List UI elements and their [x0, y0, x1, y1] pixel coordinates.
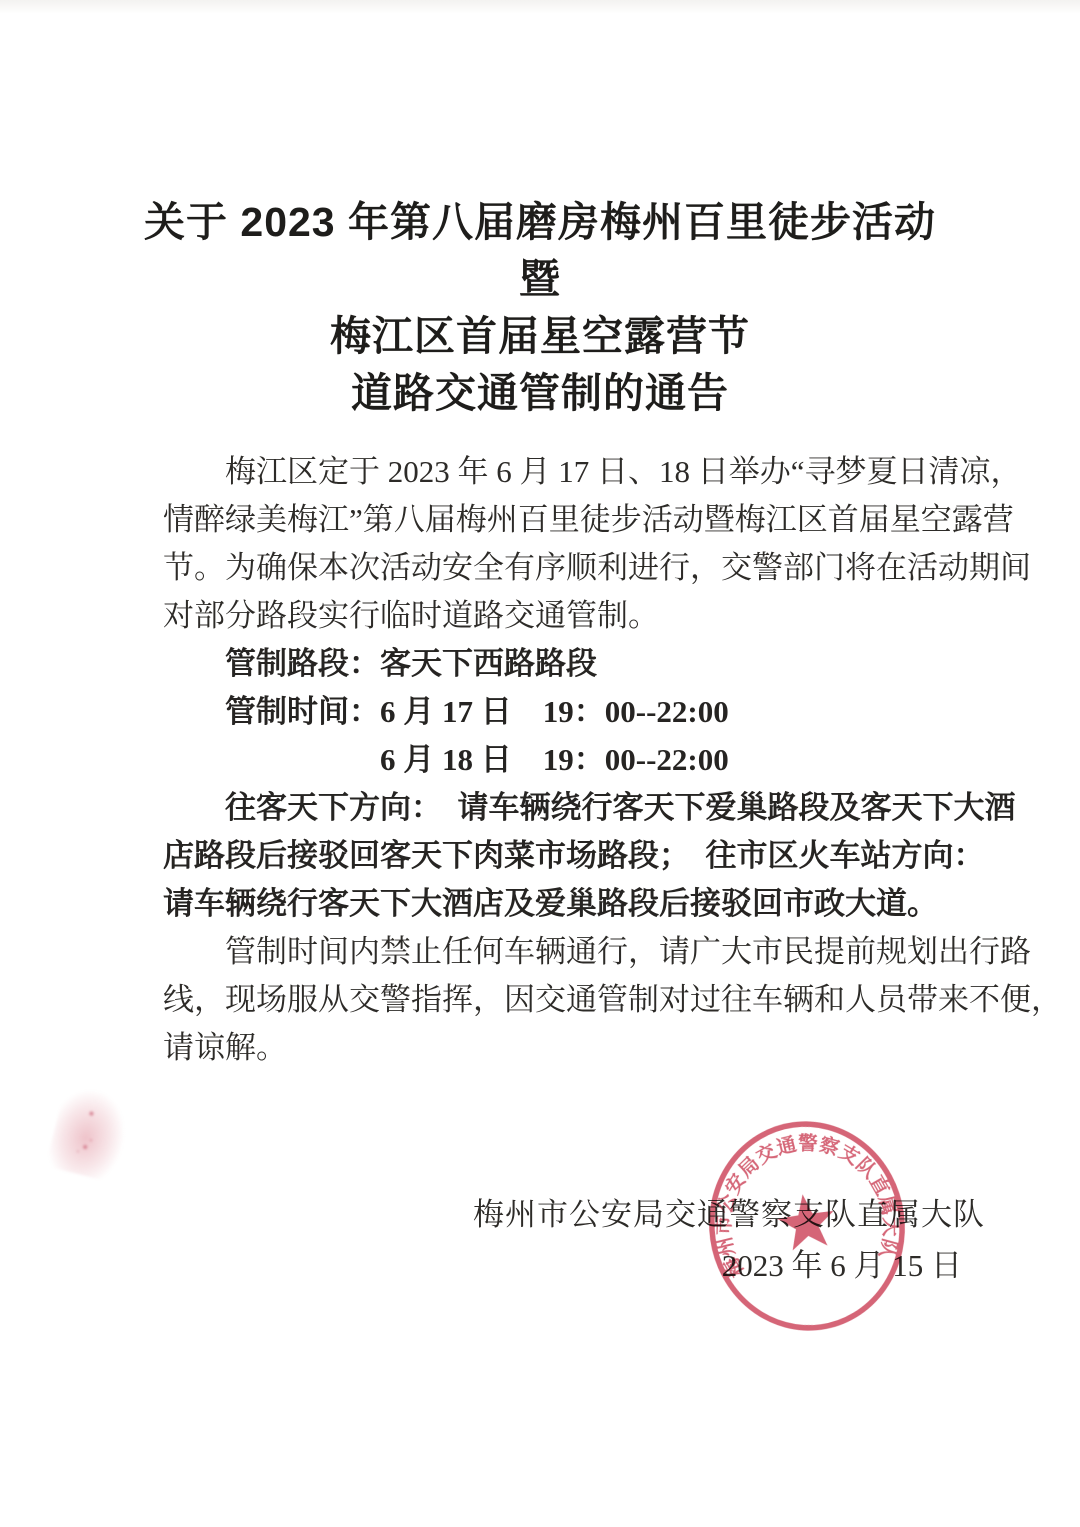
- body-line: 对部分路段实行临时道路交通管制。: [163, 592, 987, 640]
- body-line: 请车辆绕行客天下大酒店及爱巢路段后接驳回市政大道。: [163, 880, 987, 928]
- star-icon: [774, 1190, 838, 1252]
- title-line-1: 关于 2023 年第八届磨房梅州百里徒步活动暨: [130, 194, 950, 308]
- body-line: 往客天下方向： 请车辆绕行客天下爱巢路段及客天下大酒: [163, 784, 987, 832]
- notice-body: 梅江区定于 2023 年 6 月 17 日、18 日举办“寻梦夏日清凉，情醉绿美…: [163, 448, 987, 1072]
- official-seal: 梅州市公安局交通警察支队直属大队: [690, 1102, 925, 1351]
- notice-title: 关于 2023 年第八届磨房梅州百里徒步活动暨 梅江区首届星空露营节 道路交通管…: [130, 194, 950, 422]
- body-line: 管制时间：6 月 17 日 19：00--22:00: [163, 688, 987, 736]
- body-line: 6 月 18 日 19：00--22:00: [163, 736, 987, 784]
- body-line: 管制路段：客天下西路路段: [163, 640, 987, 688]
- body-line: 管制时间内禁止任何车辆通行，请广大市民提前规划出行路: [163, 928, 987, 976]
- title-line-3: 道路交通管制的通告: [130, 365, 950, 422]
- body-line: 情醉绿美梅江”第八届梅州百里徒步活动暨梅江区首届星空露营: [163, 496, 987, 544]
- notice-document-page: 关于 2023 年第八届磨房梅州百里徒步活动暨 梅江区首届星空露营节 道路交通管…: [0, 0, 1080, 1527]
- body-line: 节。为确保本次活动安全有序顺利进行，交警部门将在活动期间: [163, 544, 987, 592]
- title-line-2: 梅江区首届星空露营节: [130, 308, 950, 365]
- ink-smudge: [45, 1081, 136, 1184]
- body-line: 梅江区定于 2023 年 6 月 17 日、18 日举办“寻梦夏日清凉，: [163, 448, 987, 496]
- body-line: 线，现场服从交警指挥，因交通管制对过往车辆和人员带来不便，: [163, 976, 987, 1024]
- body-line: 请谅解。: [163, 1024, 987, 1072]
- body-line: 店路段后接驳回客天下肉菜市场路段； 往市区火车站方向：: [163, 832, 987, 880]
